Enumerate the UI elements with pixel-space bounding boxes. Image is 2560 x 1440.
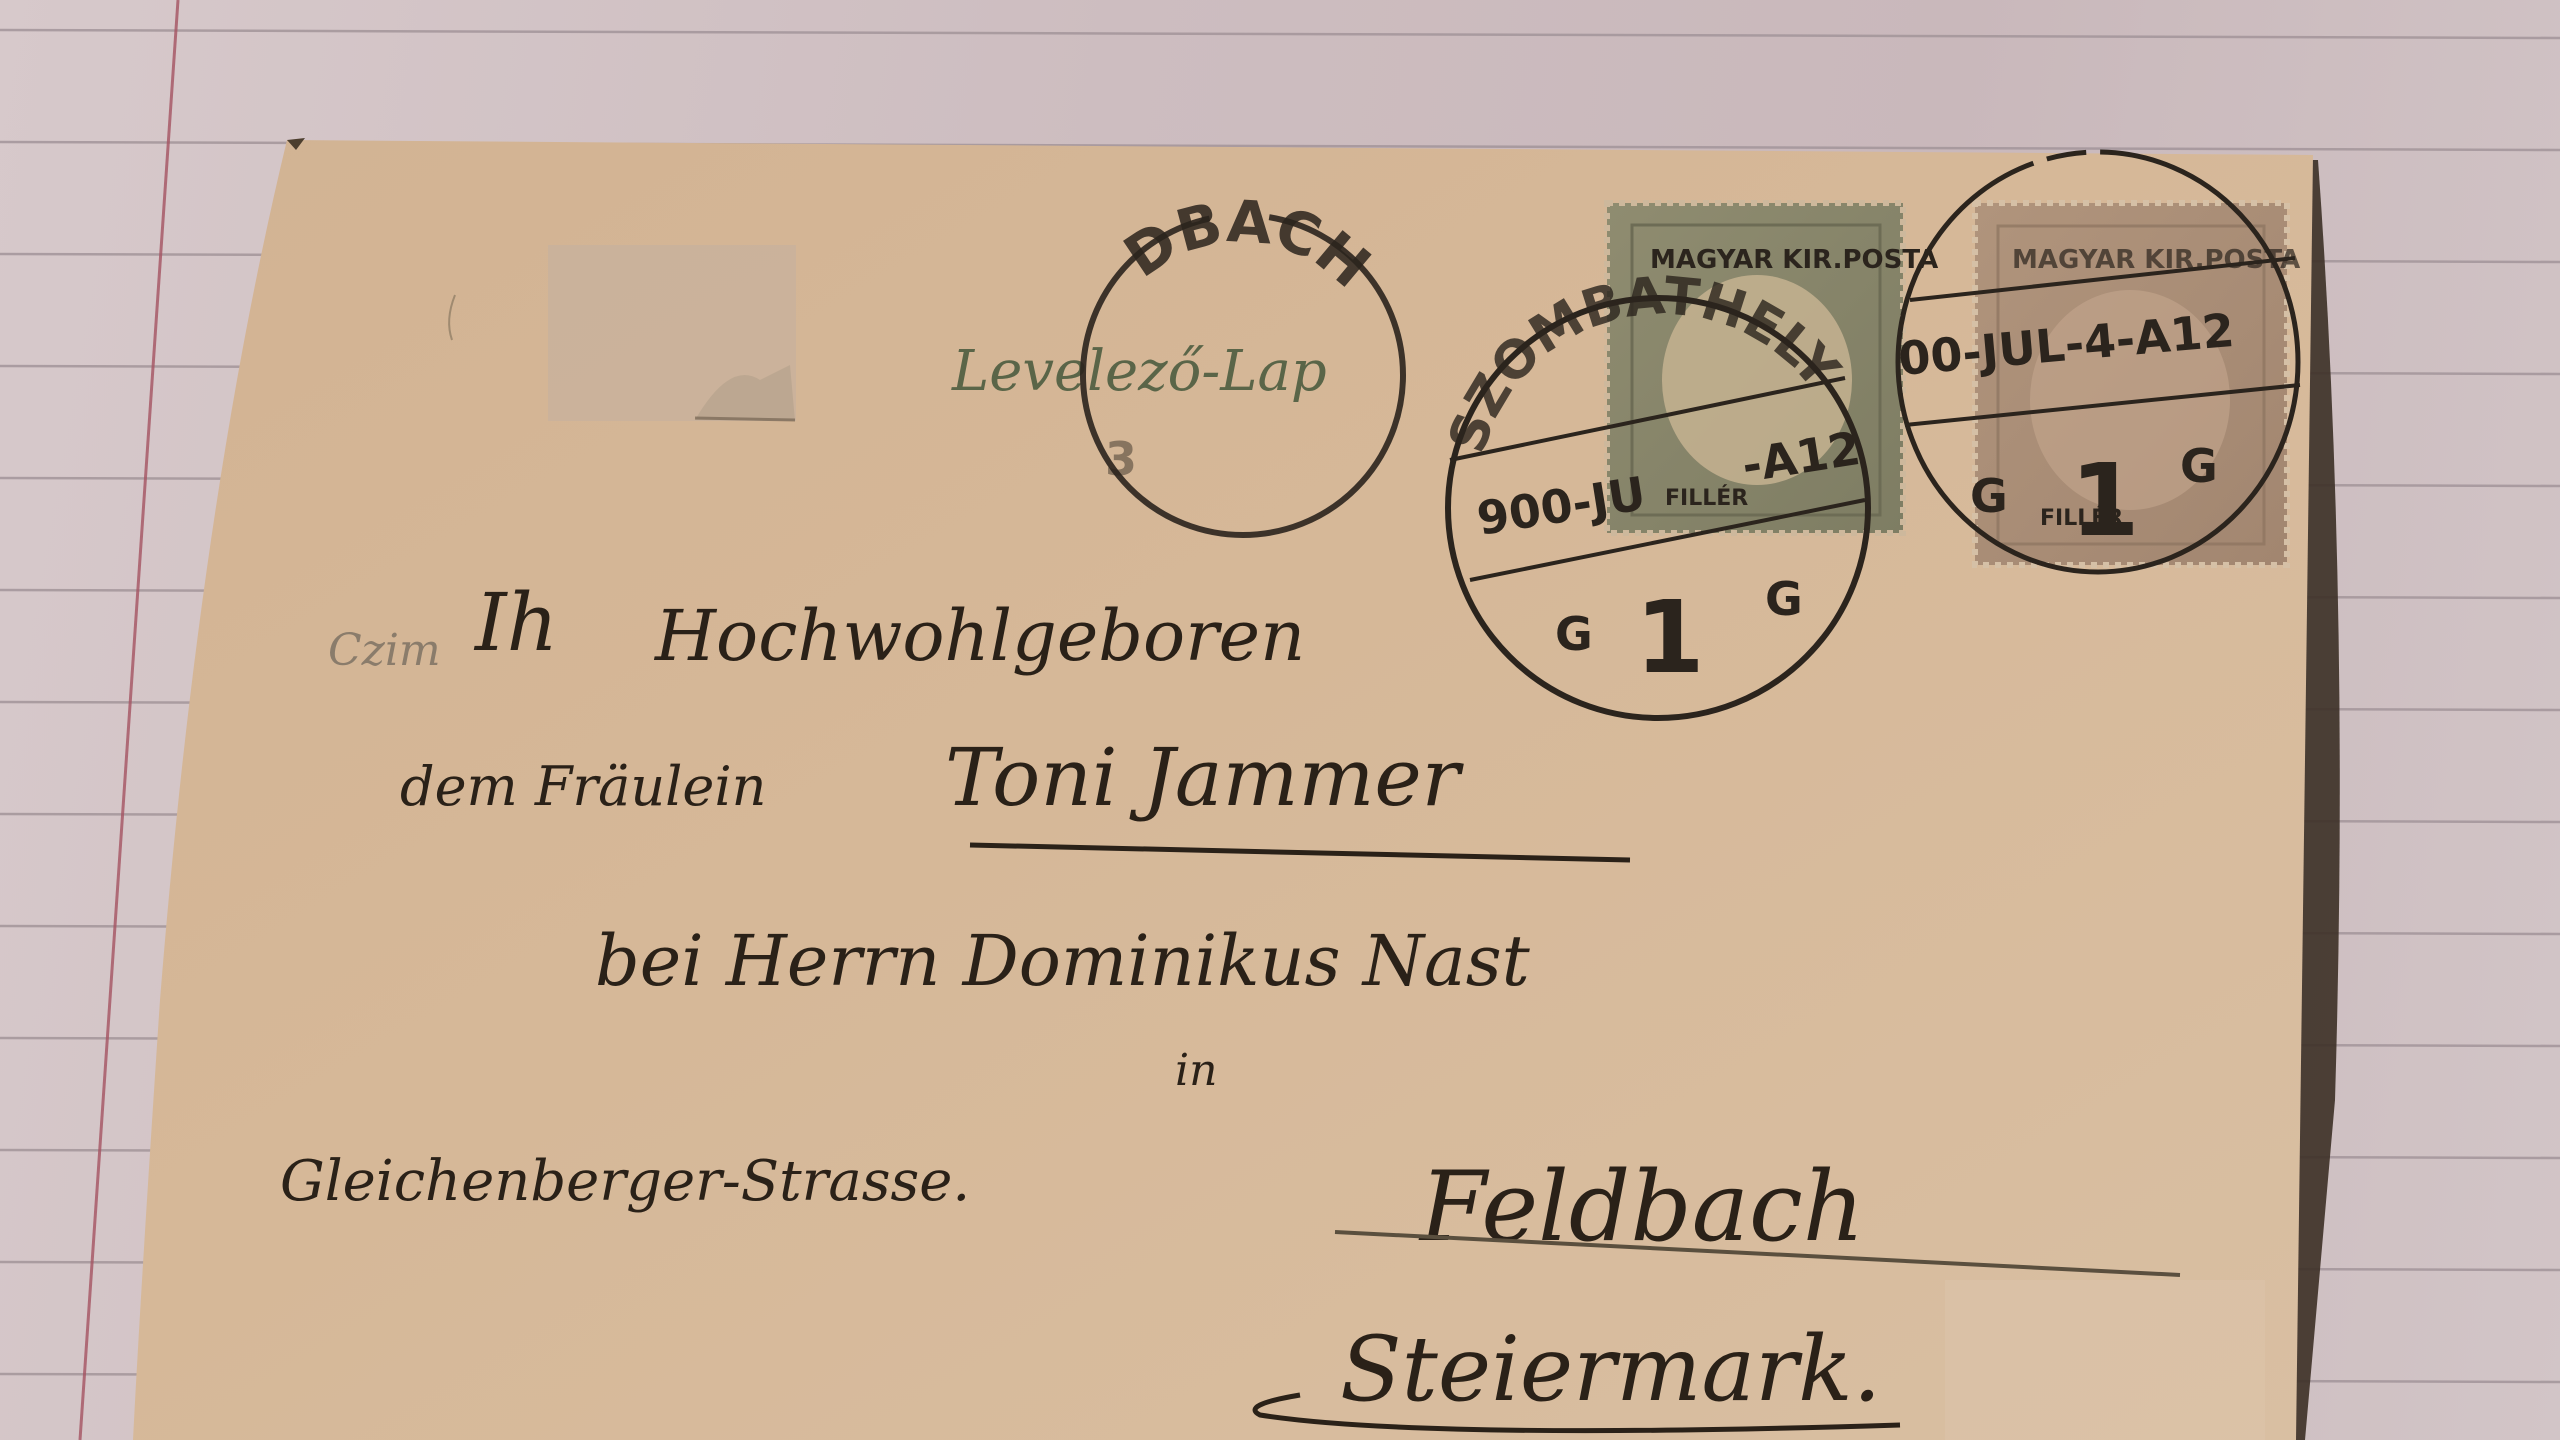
address-prefix-ih: Ih (473, 576, 558, 669)
address-line-fraulein: dem Fräulein (400, 755, 766, 818)
pasted-paper-remnant (548, 245, 796, 421)
address-line-region: Steiermark. (1340, 1317, 1881, 1422)
printed-label-czim: Czim (328, 625, 441, 676)
svg-text:G: G (1555, 607, 1593, 661)
address-line-care-of: bei Herrn Dominikus Nast (595, 920, 1531, 1002)
svg-text:G: G (1765, 572, 1803, 626)
address-line-name: Toni Jammer (945, 731, 1465, 824)
address-line-street: Gleichenberger-Strasse. (280, 1149, 970, 1214)
ruled-line (0, 30, 2560, 38)
postcard-scene: Levelező-Lap Czim DBACH 3 MAGYAR KIR.POS… (0, 0, 2560, 1440)
svg-text:G: G (2180, 439, 2218, 493)
address-line-hochwohlgeboren: Hochwohlgeboren (653, 595, 1305, 677)
printed-heading: Levelező-Lap (951, 339, 1327, 404)
address-preposition: in (1175, 1045, 1217, 1096)
svg-text:1: 1 (2070, 442, 2140, 559)
svg-text:G: G (1970, 469, 2008, 523)
card-light-patch (1945, 1280, 2265, 1440)
svg-text:3: 3 (1105, 432, 1137, 486)
svg-text:1: 1 (1635, 579, 1705, 696)
svg-text:MAGYAR KIR.POSTA: MAGYAR KIR.POSTA (2012, 245, 2300, 275)
svg-text:FILLÉR: FILLÉR (1665, 485, 1748, 511)
